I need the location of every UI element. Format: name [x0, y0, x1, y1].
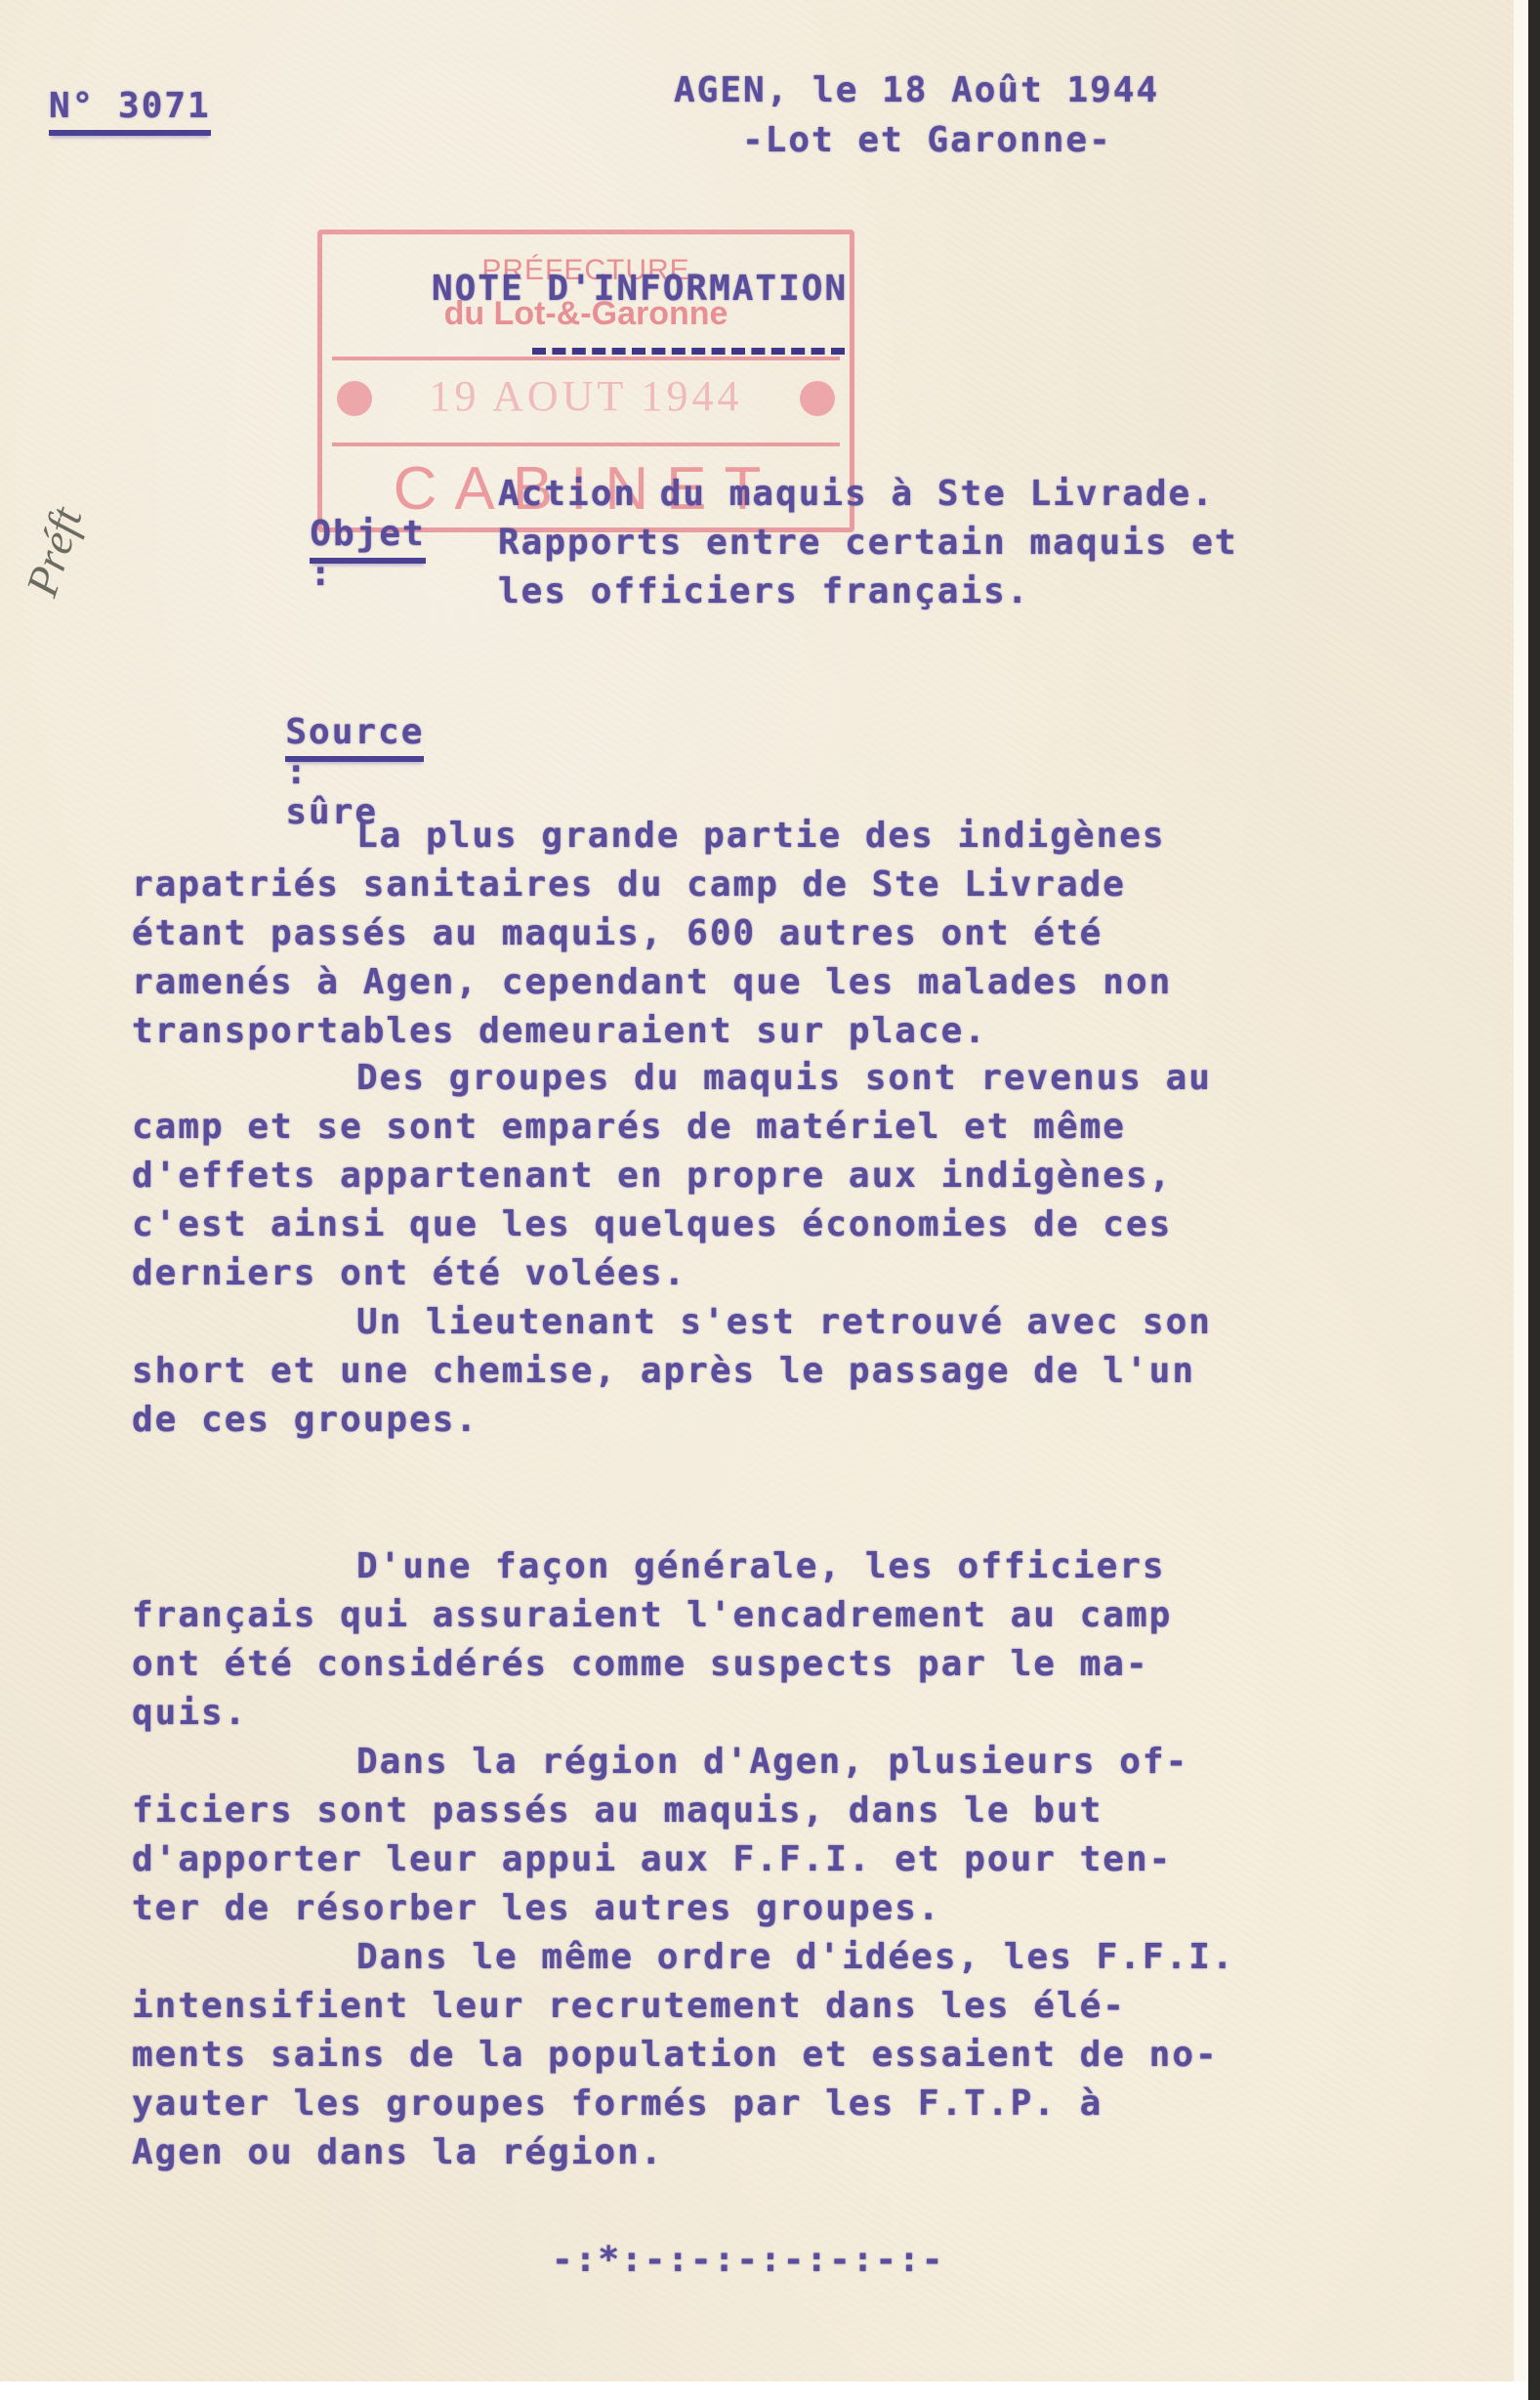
- body-line: camp et se sont emparés de matériel et m…: [132, 1107, 1126, 1147]
- body-line: ter de résorber les autres groupes.: [132, 1888, 941, 1928]
- body-line: yauter les groupes formés par les F.T.P.…: [132, 2084, 1103, 2124]
- closing-separator: -:*:-:-:-:-:-:-:-: [552, 2240, 944, 2280]
- objet-line: Rapports entre certain maquis et: [498, 523, 1238, 563]
- body-line: ments sains de la population et essaient…: [132, 2035, 1219, 2075]
- body-line: quis.: [132, 1693, 247, 1733]
- body-line: c'est ainsi que les quelques économies d…: [132, 1204, 1172, 1244]
- body-line: d'apporter leur appui aux F.F.I. et pour…: [132, 1839, 1172, 1879]
- body-line: Un lieutenant s'est retrouvé avec son: [356, 1302, 1212, 1342]
- body-line: short et une chemise, après le passage d…: [132, 1351, 1195, 1391]
- body-line: de ces groupes.: [132, 1400, 479, 1440]
- scan-border: [1528, 0, 1540, 2400]
- document-number: N° 3071: [49, 86, 211, 136]
- body-line: Dans le même ordre d'idées, les F.F.I.: [356, 1937, 1235, 1977]
- body-line: Dans la région d'Agen, plusieurs of-: [356, 1742, 1188, 1782]
- body-line: intensifient leur recrutement dans les é…: [132, 1986, 1126, 2026]
- body-line: derniers ont été volées.: [132, 1253, 687, 1293]
- body-line: ramenés à Agen, cependant que les malade…: [132, 962, 1172, 1002]
- stamp-divider: [332, 442, 840, 446]
- objet-colon: :: [310, 554, 333, 594]
- body-line: ficiers sont passés au maquis, dans le b…: [132, 1790, 1103, 1831]
- department-line: -Lot et Garonne-: [742, 120, 1112, 160]
- body-line: Des groupes du maquis sont revenus au: [356, 1058, 1212, 1098]
- body-line: D'une façon générale, les officiers: [356, 1546, 1166, 1586]
- stamp-divider: [332, 357, 840, 360]
- objet-line: les officiers français.: [498, 571, 1030, 611]
- body-line: rapatriés sanitaires du camp de Ste Livr…: [132, 864, 1126, 905]
- objet-line: Action du maquis à Ste Livrade.: [498, 474, 1215, 514]
- body-line: transportables demeuraient sur place.: [132, 1011, 987, 1051]
- place-and-date: AGEN, le 18 Août 1944: [674, 70, 1159, 110]
- title-underline: [532, 348, 845, 355]
- body-line: étant passés au maquis, 600 autres ont é…: [132, 913, 1103, 953]
- body-line: ont été considérés comme suspects par le…: [132, 1644, 1149, 1684]
- body-line: français qui assuraient l'encadrement au…: [132, 1595, 1172, 1635]
- stamp-date: 19 AOUT 1944: [322, 371, 850, 421]
- paper-edge-strip: [1514, 0, 1527, 2381]
- document-title: NOTE D'INFORMATION: [432, 269, 848, 309]
- body-line: Agen ou dans la région.: [132, 2132, 664, 2172]
- body-line: d'effets appartenant en propre aux indig…: [132, 1156, 1172, 1196]
- stamp-circle-icon: [800, 381, 835, 416]
- body-line: La plus grande partie des indigènes: [356, 816, 1166, 856]
- source-colon: :: [285, 752, 309, 792]
- source-block: Source : sûre: [239, 672, 424, 832]
- objet-block: Objet :: [264, 474, 426, 594]
